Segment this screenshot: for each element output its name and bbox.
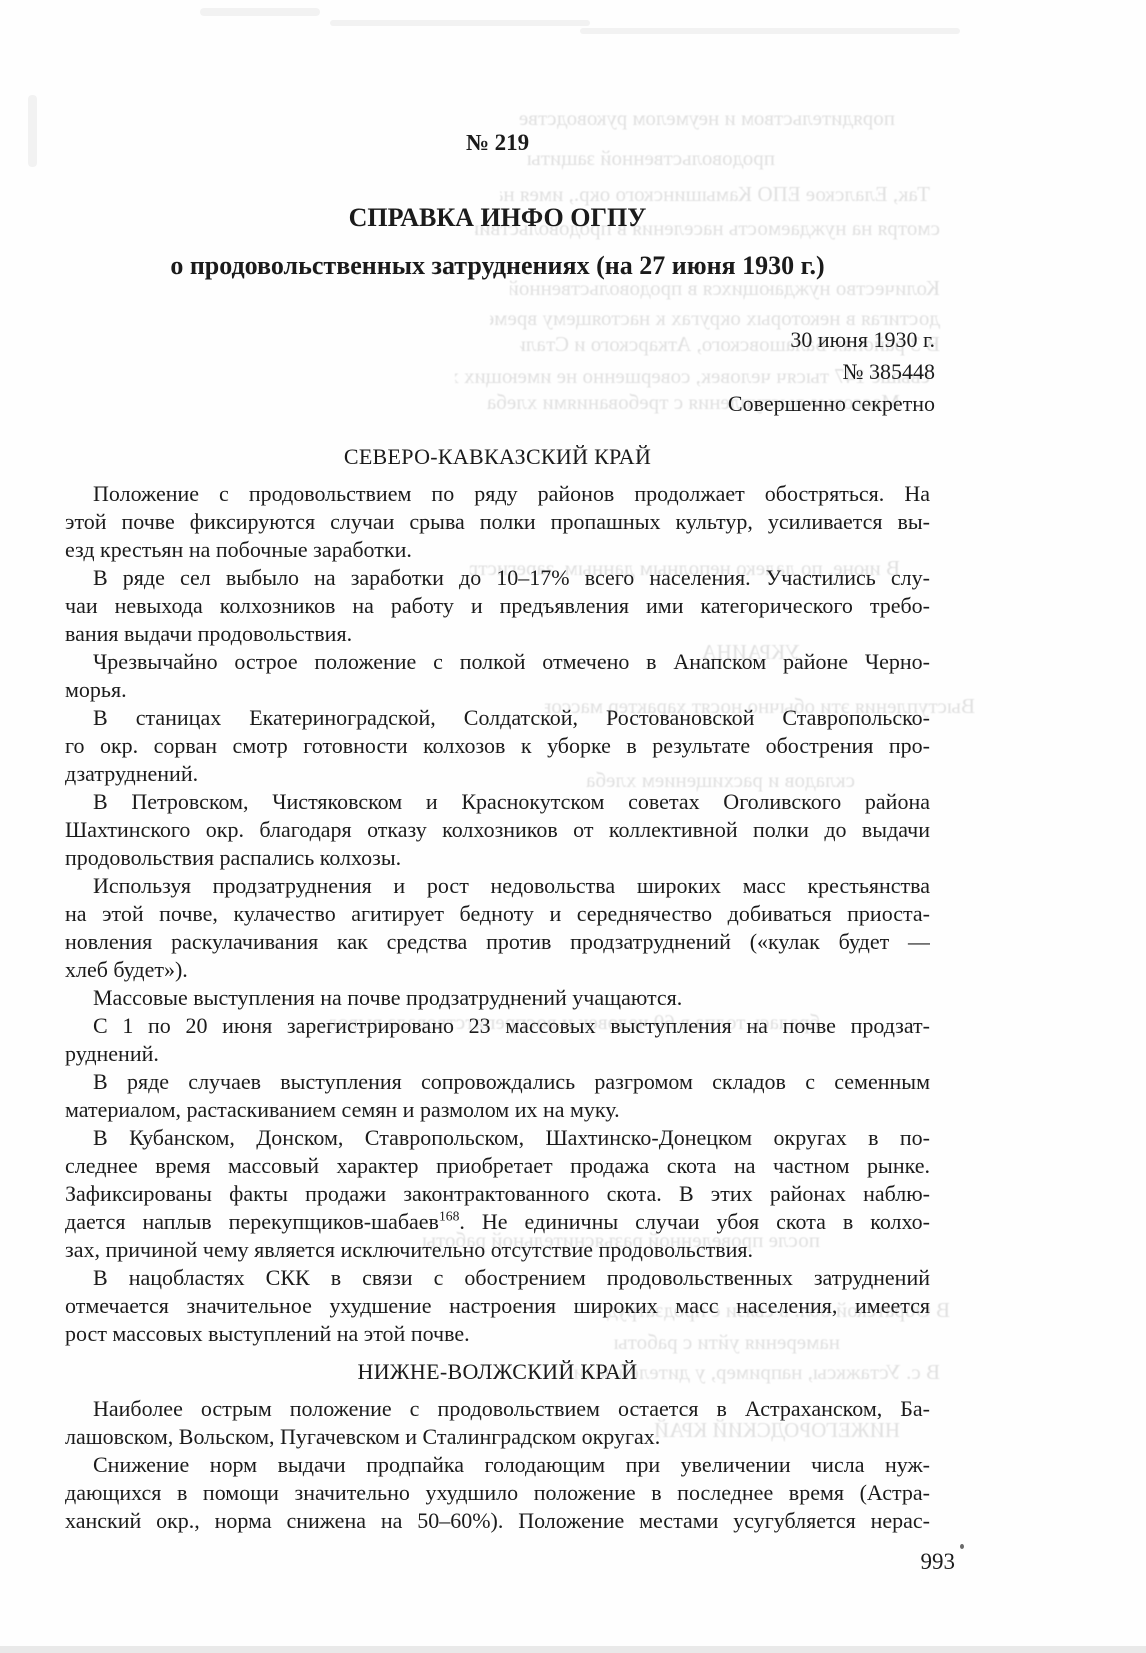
text-line: В ряде случаев выступления сопровождалис… bbox=[65, 1068, 930, 1096]
text-line: чаи невыхода колхозников на работу и пре… bbox=[65, 592, 930, 620]
text-line: Чрезвычайно острое положение с полкой от… bbox=[65, 648, 930, 676]
text-line: лашовском, Вольском, Пугачевском и Стали… bbox=[65, 1423, 930, 1451]
page-bottom-edge bbox=[0, 1646, 1146, 1653]
text-line: Используя продзатруднения и рост недовол… bbox=[65, 872, 930, 900]
ink-speck bbox=[960, 1544, 964, 1549]
paragraph: Снижение норм выдачи продпайка голодающи… bbox=[65, 1451, 930, 1535]
scan-smudge bbox=[580, 28, 960, 34]
paragraph: С 1 по 20 июня зарегистрировано 23 массо… bbox=[65, 1012, 930, 1068]
bleedthrough-text: порядительством и неумелом руководстве bbox=[505, 106, 895, 130]
text-line: материалом, растаскиванием семян и размо… bbox=[65, 1096, 930, 1124]
text-line: В станицах Екатериноградской, Солдатской… bbox=[65, 704, 930, 732]
paragraph: Чрезвычайно острое положение с полкой от… bbox=[65, 648, 930, 704]
text-line: этой почве фиксируются случаи срыва полк… bbox=[65, 508, 930, 536]
paragraph: В Кубанском, Донском, Ставропольском, Ша… bbox=[65, 1124, 930, 1264]
document-date: 30 июня 1930 г. bbox=[465, 324, 935, 356]
section-heading: СЕВЕРО-КАВКАЗСКИЙ КРАЙ bbox=[65, 443, 930, 471]
section: НИЖНЕ-ВОЛЖСКИЙ КРАЙНаиболее острым полож… bbox=[65, 1358, 930, 1535]
classification-stamp: Совершенно секретно bbox=[465, 388, 935, 420]
page-number: 993 bbox=[855, 1549, 955, 1575]
text-line: В ряде сел выбыло на заработки до 10–17%… bbox=[65, 564, 930, 592]
footnote-reference: 168 bbox=[439, 1209, 459, 1224]
text-line: дающихся в помощи значительно ухудшило п… bbox=[65, 1479, 930, 1507]
text-line: Снижение норм выдачи продпайка голодающи… bbox=[65, 1451, 930, 1479]
text-line: следнее время массовый характер приобрет… bbox=[65, 1152, 930, 1180]
scan-smudge bbox=[200, 8, 320, 16]
scan-smudge bbox=[330, 20, 590, 26]
text-line: го окр. сорван смотр готовности колхозов… bbox=[65, 732, 930, 760]
document-number-label: № 219 bbox=[65, 130, 930, 156]
text-line: морья. bbox=[65, 676, 930, 704]
text-line: дается наплыв перекупщиков-шабаев168. Не… bbox=[65, 1208, 930, 1236]
text-line: зах, причиной чему является исключительн… bbox=[65, 1236, 930, 1264]
paragraph: Положение с продовольствием по ряду райо… bbox=[65, 480, 930, 564]
paragraph: В ряде сел выбыло на заработки до 10–17%… bbox=[65, 564, 930, 648]
text-line: Зафиксированы факты продажи законтрактов… bbox=[65, 1180, 930, 1208]
document-page: порядительством и неумелом руководствепр… bbox=[0, 0, 1146, 1653]
paragraph: Массовые выступления на почве продзатруд… bbox=[65, 984, 930, 1012]
paragraph: В ряде случаев выступления сопровождалис… bbox=[65, 1068, 930, 1124]
text-line: Шахтинского окр. благодаря отказу колхоз… bbox=[65, 816, 930, 844]
text-line: дзатруднений. bbox=[65, 760, 930, 788]
document-subtitle: о продовольственных затруднениях (на 27 … bbox=[65, 251, 930, 281]
text-line: продовольствия распались колхозы. bbox=[65, 844, 930, 872]
document-reg-number: № 385448 bbox=[465, 356, 935, 388]
text-line: руднений. bbox=[65, 1040, 930, 1068]
paragraph: В станицах Екатериноградской, Солдатской… bbox=[65, 704, 930, 788]
text-line: В Кубанском, Донском, Ставропольском, Ша… bbox=[65, 1124, 930, 1152]
text-line: вания выдачи продовольствия. bbox=[65, 620, 930, 648]
date-block: 30 июня 1930 г. № 385448 Совершенно секр… bbox=[465, 324, 935, 420]
document-title: СПРАВКА ИНФО ОГПУ bbox=[65, 203, 930, 233]
text-line: Наиболее острым положение с продовольств… bbox=[65, 1395, 930, 1423]
section: СЕВЕРО-КАВКАЗСКИЙ КРАЙПоложение с продов… bbox=[65, 443, 930, 1348]
text-line: на этой почве, кулачество агитирует бедн… bbox=[65, 900, 930, 928]
text-line: новления раскулачивания как средства про… bbox=[65, 928, 930, 956]
paragraph: В нацобластях СКК в связи с обострением … bbox=[65, 1264, 930, 1348]
paragraph: В Петровском, Чистяковском и Краснокутск… bbox=[65, 788, 930, 872]
text-line: Положение с продовольствием по ряду райо… bbox=[65, 480, 930, 508]
text-line: В нацобластях СКК в связи с обострением … bbox=[65, 1264, 930, 1292]
text-line: езд крестьян на побочные заработки. bbox=[65, 536, 930, 564]
text-line: отмечается значительное ухудшение настро… bbox=[65, 1292, 930, 1320]
section-heading: НИЖНЕ-ВОЛЖСКИЙ КРАЙ bbox=[65, 1358, 930, 1386]
paragraph: Наиболее острым положение с продовольств… bbox=[65, 1395, 930, 1451]
paragraph: Используя продзатруднения и рост недовол… bbox=[65, 872, 930, 984]
text-line: хлеб будет»). bbox=[65, 956, 930, 984]
text-line: Массовые выступления на почве продзатруд… bbox=[65, 984, 930, 1012]
text-line: В Петровском, Чистяковском и Краснокутск… bbox=[65, 788, 930, 816]
text-line: ханский окр., норма снижена на 50–60%). … bbox=[65, 1507, 930, 1535]
text-line: рост массовых выступлений на этой почве. bbox=[65, 1320, 930, 1348]
document-body: СЕВЕРО-КАВКАЗСКИЙ КРАЙПоложение с продов… bbox=[65, 443, 930, 1535]
text-line: С 1 по 20 июня зарегистрировано 23 массо… bbox=[65, 1012, 930, 1040]
scan-smudge bbox=[28, 95, 37, 167]
